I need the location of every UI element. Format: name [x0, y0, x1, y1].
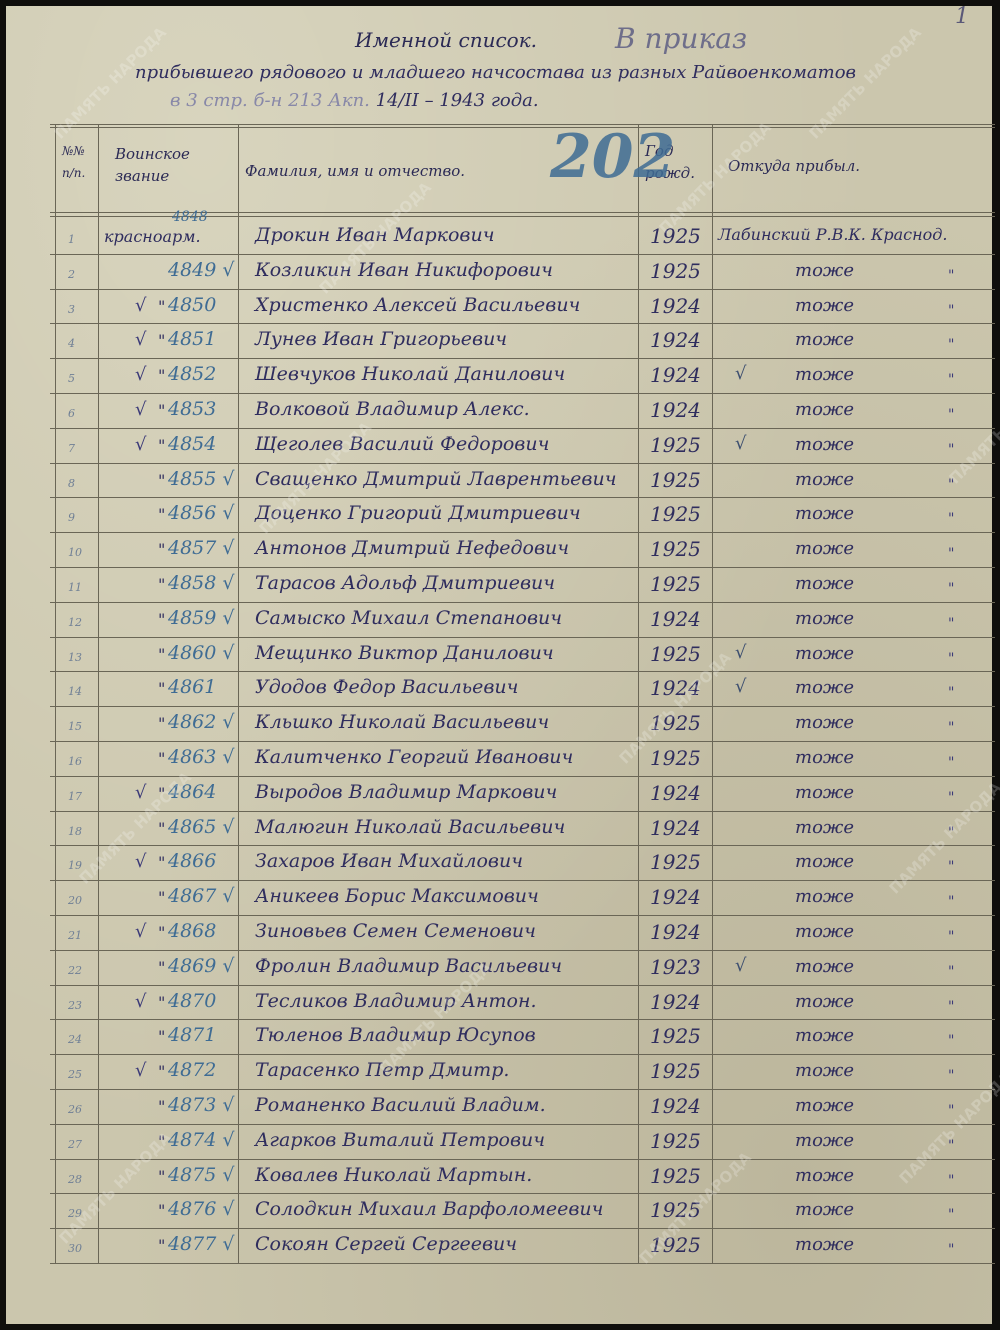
checkmark: √: [735, 676, 746, 697]
registration-number: 4848: [172, 209, 208, 225]
header-name: Фамилия, имя и отчество.: [245, 160, 565, 182]
row-number: 1: [68, 233, 75, 246]
checkmark: √: [735, 955, 746, 976]
military-rank-ditto: ": [158, 297, 165, 316]
birth-year: 1925: [650, 850, 701, 874]
row-number: 11: [68, 581, 82, 594]
military-rank-ditto: ": [158, 366, 165, 385]
row-number: 6: [68, 407, 75, 420]
origin: тоже: [795, 886, 854, 907]
origin: тоже: [795, 747, 854, 768]
checkmark: √: [135, 782, 146, 803]
origin: тоже: [795, 364, 854, 385]
full-name: Захаров Иван Михайлович: [255, 850, 523, 872]
birth-year: 1924: [650, 1094, 701, 1118]
table-row: 14"4861Удодов Федор Васильевич1924√тоже": [0, 671, 1000, 706]
row-number: 12: [68, 616, 82, 629]
military-rank-ditto: ": [158, 505, 165, 524]
table-row: 24"4871Тюленов Владимир Юсупов1925тоже": [0, 1019, 1000, 1054]
table-row: 6√"4853Волковой Владимир Алекс.1924тоже": [0, 393, 1000, 428]
row-number: 14: [68, 685, 82, 698]
origin: тоже: [795, 991, 854, 1012]
registration-number: 4872: [168, 1059, 216, 1081]
row-number: 20: [68, 894, 82, 907]
table-row: 29"4876 √Солодкин Михаил Варфоломеевич19…: [0, 1193, 1000, 1228]
birth-year: 1924: [650, 363, 701, 387]
military-rank-ditto: ": [158, 401, 165, 420]
table-row: 8"4855 √Сващенко Дмитрий Лаврентьевич192…: [0, 463, 1000, 498]
registration-number: 4874 √: [168, 1129, 235, 1151]
header-no: №№ п/п.: [62, 140, 92, 184]
row-number: 23: [68, 999, 82, 1012]
full-name: Доценко Григорий Дмитриевич: [255, 502, 581, 524]
registration-number: 4855 √: [168, 468, 235, 490]
table-row: 1красноарм.4848Дрокин Иван Маркович1925Л…: [0, 219, 1000, 254]
ditto-mark: ": [948, 755, 954, 771]
row-number: 10: [68, 546, 82, 559]
registration-number: 4853: [168, 398, 216, 420]
registration-number: 4862 √: [168, 711, 235, 733]
ditto-mark: ": [948, 999, 954, 1015]
military-rank-ditto: ": [158, 679, 165, 698]
ditto-mark: ": [948, 581, 954, 597]
military-rank-ditto: ": [158, 1167, 165, 1186]
origin: тоже: [795, 817, 854, 838]
birth-year: 1925: [650, 746, 701, 770]
military-rank-ditto: ": [158, 888, 165, 907]
origin: тоже: [795, 295, 854, 316]
ditto-mark: ": [948, 511, 954, 527]
origin: тоже: [795, 503, 854, 524]
row-number: 3: [68, 303, 75, 316]
checkmark: √: [135, 434, 146, 455]
full-name: Христенко Алексей Васильевич: [255, 294, 580, 316]
table-row: 11"4858 √Тарасов Адольф Дмитриевич1925то…: [0, 567, 1000, 602]
ditto-mark: ": [948, 442, 954, 458]
checkmark: √: [135, 329, 146, 350]
origin: тоже: [795, 1234, 854, 1255]
ditto-mark: ": [948, 790, 954, 806]
origin: тоже: [795, 643, 854, 664]
row-number: 26: [68, 1103, 82, 1116]
origin: тоже: [795, 1130, 854, 1151]
table-row: 23√"4870Тесликов Владимир Антон.1924тоже…: [0, 985, 1000, 1020]
header-rank: Воинское звание: [115, 143, 225, 187]
military-rank-ditto: ": [158, 331, 165, 350]
table-row: 20"4867 √Аникеев Борис Максимович1924тож…: [0, 880, 1000, 915]
military-rank-ditto: ": [158, 714, 165, 733]
military-rank-ditto: ": [158, 819, 165, 838]
origin: тоже: [795, 1025, 854, 1046]
registration-number: 4877 √: [168, 1233, 235, 1255]
ditto-mark: ": [948, 337, 954, 353]
ditto-mark: ": [948, 1033, 954, 1049]
origin: тоже: [795, 1199, 854, 1220]
row-number: 27: [68, 1138, 82, 1151]
full-name: Солодкин Михаил Варфоломеевич: [255, 1198, 603, 1220]
table-row: 21√"4868Зиновьев Семен Семенович1924тоже…: [0, 915, 1000, 950]
military-rank-ditto: ": [158, 853, 165, 872]
full-name: Самыско Михаил Степанович: [255, 607, 562, 629]
birth-year: 1925: [650, 502, 701, 526]
ditto-mark: ": [948, 268, 954, 284]
row-divider: [50, 124, 995, 125]
registration-number: 4870: [168, 990, 216, 1012]
ditto-mark: ": [948, 859, 954, 875]
birth-year: 1924: [650, 885, 701, 909]
full-name: Удодов Федор Васильевич: [255, 676, 518, 698]
checkmark: √: [135, 399, 146, 420]
full-name: Кльшко Николай Васильевич: [255, 711, 549, 733]
origin: тоже: [795, 1060, 854, 1081]
registration-number: 4869 √: [168, 955, 235, 977]
birth-year: 1924: [650, 294, 701, 318]
row-number: 9: [68, 511, 75, 524]
ditto-mark: ": [948, 372, 954, 388]
table-row: 7√"4854Щеголев Василий Федорович1925√тож…: [0, 428, 1000, 463]
full-name: Агарков Виталий Петрович: [255, 1129, 545, 1151]
row-number: 16: [68, 755, 82, 768]
table-row: 26"4873 √Романенко Василий Владим.1924то…: [0, 1089, 1000, 1124]
table-row: 4√"4851Лунев Иван Григорьевич1924тоже": [0, 323, 1000, 358]
ditto-mark: ": [948, 894, 954, 910]
origin: тоже: [795, 956, 854, 977]
full-name: Антонов Дмитрий Нефедович: [255, 537, 569, 559]
row-number: 28: [68, 1173, 82, 1186]
origin: тоже: [795, 921, 854, 942]
registration-number: 4873 √: [168, 1094, 235, 1116]
full-name: Тюленов Владимир Юсупов: [255, 1024, 536, 1046]
birth-year: 1925: [650, 433, 701, 457]
table-row: 16"4863 √Калитченко Георгий Иванович1925…: [0, 741, 1000, 776]
checkmark: √: [135, 921, 146, 942]
origin: тоже: [795, 469, 854, 490]
full-name: Волковой Владимир Алекс.: [255, 398, 530, 420]
checkmark: √: [135, 991, 146, 1012]
birth-year: 1925: [650, 1059, 701, 1083]
registration-number: 4850: [168, 294, 216, 316]
full-name: Романенко Василий Владим.: [255, 1094, 546, 1116]
ditto-mark: ": [948, 929, 954, 945]
full-name: Фролин Владимир Васильевич: [255, 955, 562, 977]
table-row: 15"4862 √Кльшко Николай Васильевич1925то…: [0, 706, 1000, 741]
full-name: Козликин Иван Никифорович: [255, 259, 553, 281]
row-number: 25: [68, 1068, 82, 1081]
registration-number: 4858 √: [168, 572, 235, 594]
table-row: 10"4857 √Антонов Дмитрий Нефедович1925то…: [0, 532, 1000, 567]
registration-number: 4861: [168, 676, 216, 698]
row-number: 13: [68, 651, 82, 664]
ditto-mark: ": [948, 685, 954, 701]
checkmark: √: [135, 295, 146, 316]
birth-year: 1925: [650, 259, 701, 283]
ditto-mark: ": [948, 1207, 954, 1223]
military-rank-ditto: ": [158, 436, 165, 455]
registration-number: 4857 √: [168, 537, 235, 559]
military-rank-ditto: ": [158, 1097, 165, 1116]
birth-year: 1925: [650, 642, 701, 666]
registration-number: 4849 √: [168, 259, 235, 281]
full-name: Тесликов Владимир Антон.: [255, 990, 537, 1012]
military-rank-ditto: ": [158, 1236, 165, 1255]
checkmark: √: [735, 363, 746, 384]
origin: тоже: [795, 399, 854, 420]
birth-year: 1924: [650, 990, 701, 1014]
row-divider: [50, 127, 995, 128]
checkmark: √: [135, 1060, 146, 1081]
table-row: 3√"4850Христенко Алексей Васильевич1924т…: [0, 289, 1000, 324]
military-rank-ditto: ": [158, 610, 165, 629]
row-number: 8: [68, 477, 75, 490]
ditto-mark: ": [948, 1173, 954, 1189]
registration-number: 4851: [168, 328, 216, 350]
origin: тоже: [795, 538, 854, 559]
total-count-stamp: 202: [550, 122, 675, 192]
birth-year: 1924: [650, 781, 701, 805]
origin: тоже: [795, 782, 854, 803]
row-number: 4: [68, 337, 75, 350]
table-row: 13"4860 √Мещинко Виктор Данилович1925√то…: [0, 637, 1000, 672]
military-rank-ditto: ": [158, 749, 165, 768]
ditto-mark: ": [948, 1068, 954, 1084]
origin: Лабинский Р.В.К. Краснод.: [718, 225, 947, 244]
full-name: Щеголев Василий Федорович: [255, 433, 549, 455]
table-row: 12"4859 √Самыско Михаил Степанович1924то…: [0, 602, 1000, 637]
military-rank-ditto: ": [158, 1027, 165, 1046]
origin: тоже: [795, 434, 854, 455]
birth-year: 1925: [650, 1024, 701, 1048]
birth-year: 1925: [650, 468, 701, 492]
birth-year: 1924: [650, 328, 701, 352]
full-name: Калитченко Георгий Иванович: [255, 746, 573, 768]
row-number: 17: [68, 790, 82, 803]
row-divider: [50, 1263, 995, 1264]
ditto-mark: ": [948, 720, 954, 736]
full-name: Ковалев Николай Мартын.: [255, 1164, 532, 1186]
table-row: 24849 √Козликин Иван Никифорович1925тоже…: [0, 254, 1000, 289]
full-name: Тарасов Адольф Дмитриевич: [255, 572, 555, 594]
table-row: 22"4869 √Фролин Владимир Васильевич1923√…: [0, 950, 1000, 985]
registration-number: 4868: [168, 920, 216, 942]
registration-number: 4875 √: [168, 1164, 235, 1186]
checkmark: √: [135, 851, 146, 872]
military-rank-ditto: ": [158, 540, 165, 559]
birth-year: 1925: [650, 1164, 701, 1188]
military-rank-ditto: ": [158, 645, 165, 664]
birth-year: 1925: [650, 537, 701, 561]
origin: тоже: [795, 677, 854, 698]
registration-number: 4866: [168, 850, 216, 872]
origin: тоже: [795, 608, 854, 629]
birth-year: 1924: [650, 816, 701, 840]
military-rank-ditto: ": [158, 1062, 165, 1081]
ditto-mark: ": [948, 303, 954, 319]
row-number: 24: [68, 1033, 82, 1046]
military-rank-ditto: ": [158, 993, 165, 1012]
registration-number: 4876 √: [168, 1198, 235, 1220]
birth-year: 1924: [650, 920, 701, 944]
full-name: Зиновьев Семен Семенович: [255, 920, 536, 942]
table-row: 19√"4866Захаров Иван Михайлович1925тоже": [0, 845, 1000, 880]
ditto-mark: ": [948, 651, 954, 667]
origin: тоже: [795, 329, 854, 350]
row-number: 2: [68, 268, 75, 281]
ditto-mark: ": [948, 1242, 954, 1258]
birth-year: 1925: [650, 1129, 701, 1153]
birth-year: 1924: [650, 607, 701, 631]
full-name: Выродов Владимир Маркович: [255, 781, 557, 803]
registration-number: 4854: [168, 433, 216, 455]
registration-number: 4871: [168, 1024, 216, 1046]
full-name: Шевчуков Николай Данилович: [255, 363, 565, 385]
military-rank-ditto: ": [158, 958, 165, 977]
ditto-mark: ": [948, 546, 954, 562]
origin: тоже: [795, 573, 854, 594]
full-name: Аникеев Борис Максимович: [255, 885, 539, 907]
full-name: Малюгин Николай Васильевич: [255, 816, 565, 838]
registration-number: 4852: [168, 363, 216, 385]
full-name: Лунев Иван Григорьевич: [255, 328, 507, 350]
row-number: 21: [68, 929, 82, 942]
checkmark: √: [735, 642, 746, 663]
row-number: 22: [68, 964, 82, 977]
table-row: 25√"4872Тарасенко Петр Дмитр.1925тоже": [0, 1054, 1000, 1089]
ditto-mark: ": [948, 616, 954, 632]
row-number: 15: [68, 720, 82, 733]
origin: тоже: [795, 851, 854, 872]
origin: тоже: [795, 1165, 854, 1186]
registration-number: 4863 √: [168, 746, 235, 768]
origin: тоже: [795, 1095, 854, 1116]
header-from: Откуда прибыл.: [728, 155, 928, 177]
registration-number: 4856 √: [168, 502, 235, 524]
registration-number: 4860 √: [168, 642, 235, 664]
military-rank-ditto: ": [158, 575, 165, 594]
ditto-mark: ": [948, 407, 954, 423]
table-row: 9"4856 √Доценко Григорий Дмитриевич1925т…: [0, 497, 1000, 532]
row-number: 5: [68, 372, 75, 385]
military-rank-ditto: ": [158, 471, 165, 490]
military-rank: красноарм.: [104, 227, 201, 246]
full-name: Мещинко Виктор Данилович: [255, 642, 554, 664]
checkmark: √: [735, 433, 746, 454]
row-number: 18: [68, 825, 82, 838]
military-rank-ditto: ": [158, 923, 165, 942]
table-row: 5√"4852Шевчуков Николай Данилович1924√то…: [0, 358, 1000, 393]
row-number: 7: [68, 442, 75, 455]
full-name: Сокоян Сергей Сергеевич: [255, 1233, 517, 1255]
birth-year: 1925: [650, 572, 701, 596]
registration-number: 4859 √: [168, 607, 235, 629]
checkmark: √: [135, 364, 146, 385]
registration-number: 4867 √: [168, 885, 235, 907]
origin: тоже: [795, 260, 854, 281]
registration-number: 4865 √: [168, 816, 235, 838]
origin: тоже: [795, 712, 854, 733]
ditto-mark: ": [948, 964, 954, 980]
birth-year: 1923: [650, 955, 701, 979]
military-rank-ditto: ": [158, 1201, 165, 1220]
table-row: 30"4877 √Сокоян Сергей Сергеевич1925тоже…: [0, 1228, 1000, 1263]
birth-year: 1924: [650, 398, 701, 422]
